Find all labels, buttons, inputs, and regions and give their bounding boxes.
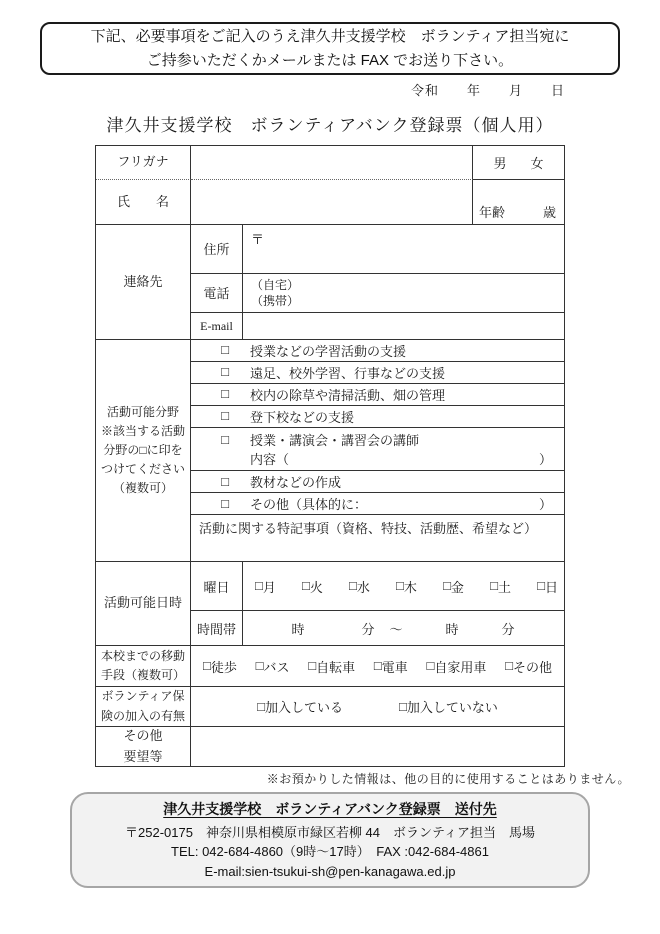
furigana-input[interactable] bbox=[191, 146, 473, 180]
gender-option-female[interactable]: 女 bbox=[531, 153, 544, 172]
era-date-line: 令和 年 月 日 bbox=[411, 80, 565, 99]
name-label: 氏 名 bbox=[96, 180, 191, 224]
day-option-wed[interactable]: □水 bbox=[349, 577, 370, 596]
footer-tel-fax: TEL: 042-684-4860（9時～17時） FAX :042-684-4… bbox=[171, 842, 489, 862]
time-input[interactable]: 時 分 ～ 時 分 bbox=[243, 611, 564, 645]
address-label: 住所 bbox=[191, 225, 243, 273]
transport-option-other[interactable]: □その他 bbox=[505, 657, 552, 676]
activity-label: 活動可能分野 ※該当する活動 分野の□に印を つけてください （複数可） bbox=[96, 340, 191, 561]
insurance-option-yes[interactable]: □加入している bbox=[257, 697, 343, 716]
checkbox-icon[interactable]: □ bbox=[218, 364, 232, 380]
footer-address: 〒252-0175 神奈川県相模原市緑区若柳 44 ボランティア担当 馬場 bbox=[125, 823, 535, 843]
activity-notes-label: 活動に関する特記事項（資格、特技、活動歴、希望など） bbox=[199, 518, 537, 537]
transport-option-bus[interactable]: □バス bbox=[256, 657, 290, 676]
day-option-sat[interactable]: □土 bbox=[490, 577, 511, 596]
contact-label: 連絡先 bbox=[96, 225, 191, 339]
gender-option-male[interactable]: 男 bbox=[493, 153, 506, 172]
submission-notice-box: 下記、必要事項をご記入のうえ津久井支援学校 ボランティア担当宛に ご持参いただく… bbox=[40, 22, 620, 75]
day-option-sun[interactable]: □日 bbox=[537, 577, 558, 596]
day-option-thu[interactable]: □木 bbox=[396, 577, 417, 596]
checkbox-icon: □ bbox=[443, 578, 451, 594]
insurance-option-no[interactable]: □加入していない bbox=[399, 697, 498, 716]
name-row: 氏 名 年齢 歳 bbox=[96, 180, 564, 225]
checkbox-icon: □ bbox=[302, 578, 310, 594]
checkbox-icon: □ bbox=[256, 658, 264, 674]
checkbox-icon: □ bbox=[308, 658, 316, 674]
phone-input[interactable]: （自宅） （携帯） bbox=[243, 274, 564, 313]
phone-label: 電話 bbox=[191, 274, 243, 313]
registration-table: フリガナ 男 女 氏 名 年齢 歳 連絡先 bbox=[95, 145, 565, 767]
phone-mobile-label: （携帯） bbox=[251, 293, 564, 309]
email-input[interactable] bbox=[243, 313, 564, 339]
checkbox-icon[interactable]: □ bbox=[218, 386, 232, 402]
age-unit: 歳 bbox=[543, 202, 556, 221]
activity-option-lecturer-row: □ 授業・講演会・講習会の講師 内容（ ） bbox=[191, 428, 564, 472]
activity-option-row: □ 遠足、校外学習、行事などの支援 bbox=[191, 362, 564, 384]
checkbox-icon: □ bbox=[255, 578, 263, 594]
phone-home-label: （自宅） bbox=[251, 277, 564, 293]
checkbox-icon[interactable]: □ bbox=[218, 342, 232, 358]
footer-title: 津久井支援学校 ボランティアバンク登録票 送付先 bbox=[163, 799, 496, 820]
checkbox-icon[interactable]: □ bbox=[218, 432, 232, 448]
transport-option-train[interactable]: □電車 bbox=[374, 657, 408, 676]
activity-option-row: □ 授業などの学習活動の支援 bbox=[191, 340, 564, 362]
paren-close: ） bbox=[539, 494, 552, 513]
day-option-fri[interactable]: □金 bbox=[443, 577, 464, 596]
days-subrow: 曜日 □月 □火 □水 □木 □金 □土 □日 bbox=[191, 562, 564, 611]
transport-row: 本校までの移動 手段（複数可） □徒歩 □バス □自転車 □電車 □自家用車 □… bbox=[96, 646, 564, 687]
checkbox-icon: □ bbox=[490, 578, 498, 594]
age-cell: 年齢 歳 bbox=[473, 180, 564, 224]
schedule-label: 活動可能日時 bbox=[96, 562, 191, 645]
activity-notes-cell[interactable]: 活動に関する特記事項（資格、特技、活動歴、希望など） bbox=[191, 515, 564, 561]
transport-option-walk[interactable]: □徒歩 bbox=[203, 657, 237, 676]
checkbox-icon: □ bbox=[257, 699, 265, 715]
other-requests-row: その他 要望等 bbox=[96, 727, 564, 766]
checkbox-icon: □ bbox=[505, 658, 513, 674]
email-subrow: E-mail bbox=[191, 313, 564, 339]
insurance-options: □加入している □加入していない bbox=[191, 687, 564, 726]
checkbox-icon: □ bbox=[203, 658, 211, 674]
notice-line-2: ご持参いただくかメールまたは FAX でお送り下さい。 bbox=[147, 49, 513, 72]
day-option-tue[interactable]: □火 bbox=[302, 577, 323, 596]
checkbox-icon: □ bbox=[374, 658, 382, 674]
address-subrow: 住所 〒 bbox=[191, 225, 564, 274]
transport-option-car[interactable]: □自家用車 bbox=[427, 657, 487, 676]
time-template-text: 時 分 ～ 時 分 bbox=[291, 619, 515, 638]
checkbox-icon[interactable]: □ bbox=[218, 474, 232, 490]
insurance-label: ボランティア保 険の加入の有無 bbox=[96, 687, 191, 726]
contact-row: 連絡先 住所 〒 電話 （自宅） （携帯） bbox=[96, 225, 564, 340]
volunteer-registration-form-page: 下記、必要事項をご記入のうえ津久井支援学校 ボランティア担当宛に ご持参いただく… bbox=[0, 0, 660, 934]
transport-option-bicycle[interactable]: □自転車 bbox=[308, 657, 355, 676]
furigana-row: フリガナ 男 女 bbox=[96, 146, 564, 180]
age-label: 年齢 bbox=[479, 202, 505, 221]
checkbox-icon[interactable]: □ bbox=[218, 408, 232, 424]
gender-cell: 男 女 bbox=[473, 146, 564, 180]
paren-close: ） bbox=[539, 449, 552, 468]
checkbox-icon: □ bbox=[349, 578, 357, 594]
activity-option-row: □ 登下校などの支援 bbox=[191, 406, 564, 428]
phone-subrow: 電話 （自宅） （携帯） bbox=[191, 274, 564, 314]
checkbox-icon: □ bbox=[427, 658, 435, 674]
checkbox-icon: □ bbox=[399, 699, 407, 715]
document-title: 津久井支援学校 ボランティアバンク登録票（個人用） bbox=[0, 111, 660, 136]
activity-options: □ 授業などの学習活動の支援 □ 遠足、校外学習、行事などの支援 □ 校内の除草… bbox=[191, 340, 564, 561]
other-requests-input[interactable] bbox=[191, 727, 564, 766]
days-options: □月 □火 □水 □木 □金 □土 □日 bbox=[243, 562, 564, 610]
checkbox-icon: □ bbox=[396, 578, 404, 594]
lecturer-detail-label: 内容（ bbox=[250, 449, 289, 468]
transport-label: 本校までの移動 手段（複数可） bbox=[96, 646, 191, 686]
footer-email: E-mail:sien-tsukui-sh@pen-kanagawa.ed.jp bbox=[205, 862, 456, 882]
checkbox-icon[interactable]: □ bbox=[218, 496, 232, 512]
address-input[interactable]: 〒 bbox=[243, 225, 564, 273]
activity-option-other-row: □ その他（具体的に： ） bbox=[191, 493, 564, 515]
time-subrow: 時間帯 時 分 ～ 時 分 bbox=[191, 611, 564, 645]
time-label: 時間帯 bbox=[191, 611, 243, 645]
insurance-row: ボランティア保 険の加入の有無 □加入している □加入していない bbox=[96, 687, 564, 727]
submission-address-box: 津久井支援学校 ボランティアバンク登録票 送付先 〒252-0175 神奈川県相… bbox=[70, 792, 590, 888]
notice-line-1: 下記、必要事項をご記入のうえ津久井支援学校 ボランティア担当宛に bbox=[91, 25, 570, 48]
activity-option-row: □ 教材などの作成 bbox=[191, 471, 564, 493]
schedule-row: 活動可能日時 曜日 □月 □火 □水 □木 □金 □土 □日 bbox=[96, 562, 564, 646]
activity-option-row: □ 校内の除草や清掃活動、畑の管理 bbox=[191, 384, 564, 406]
contact-subrows: 住所 〒 電話 （自宅） （携帯） bbox=[191, 225, 564, 339]
furigana-label: フリガナ bbox=[96, 146, 191, 180]
day-option-mon[interactable]: □月 bbox=[255, 577, 276, 596]
email-label: E-mail bbox=[191, 313, 243, 339]
postal-mark: 〒 bbox=[251, 229, 264, 248]
activity-row: 活動可能分野 ※該当する活動 分野の□に印を つけてください （複数可） □ 授… bbox=[96, 340, 564, 562]
privacy-note: ※お預かりした情報は、他の目的に使用することはありません。 bbox=[267, 770, 630, 787]
checkbox-icon: □ bbox=[537, 578, 545, 594]
schedule-subrows: 曜日 □月 □火 □水 □木 □金 □土 □日 時間帯 bbox=[191, 562, 564, 645]
name-input[interactable] bbox=[191, 180, 473, 224]
other-requests-label: その他 要望等 bbox=[96, 727, 191, 766]
days-label: 曜日 bbox=[191, 562, 243, 610]
transport-options: □徒歩 □バス □自転車 □電車 □自家用車 □その他 bbox=[191, 646, 564, 686]
